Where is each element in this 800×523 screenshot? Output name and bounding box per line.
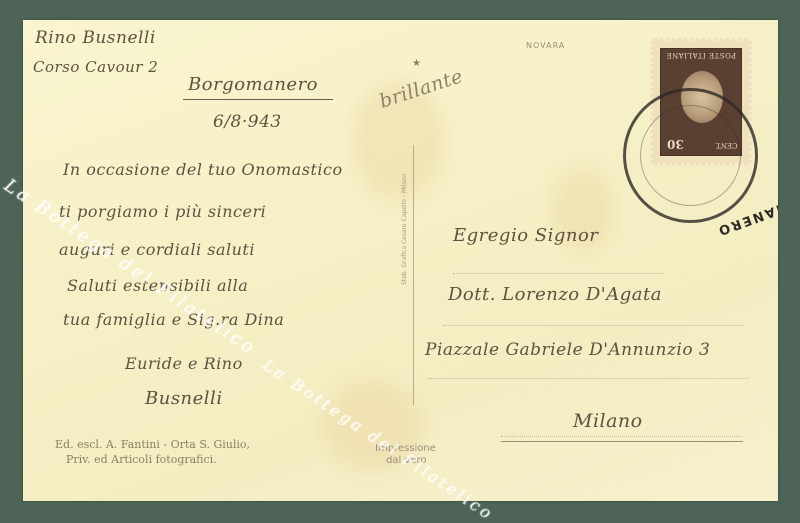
recipient-salutation: Egregio Signor bbox=[453, 225, 598, 246]
publisher-line-1: Ed. escl. A. Fantini - Orta S. Giulio, bbox=[55, 438, 250, 451]
message-line-2: ti porgiamo i più sinceri bbox=[59, 202, 266, 221]
postmark bbox=[623, 88, 758, 223]
message-line-1: In occasione del tuo Onomastico bbox=[63, 160, 343, 179]
stamp-issuer: POSTE ITALIANE bbox=[661, 51, 741, 59]
center-divider bbox=[413, 145, 414, 405]
message-signature: Busnelli bbox=[145, 388, 223, 409]
address-line bbox=[453, 273, 663, 274]
address-line bbox=[428, 378, 748, 379]
recipient-city: Milano bbox=[573, 410, 643, 432]
postmark-ring bbox=[640, 105, 741, 206]
address-line bbox=[501, 436, 741, 437]
sender-city: Borgomanero bbox=[188, 74, 318, 95]
recipient-name: Dott. Lorenzo D'Agata bbox=[448, 284, 662, 305]
address-line bbox=[443, 325, 743, 326]
sender-street: Corso Cavour 2 bbox=[33, 58, 158, 76]
star-icon: ★ bbox=[412, 58, 421, 69]
message-line-5: tua famiglia e Sig.ra Dina bbox=[63, 310, 284, 329]
address-underline bbox=[501, 441, 743, 442]
publisher-line-2: Priv. ed Articoli fotografici. bbox=[66, 453, 217, 466]
region-note: NOVARA bbox=[526, 41, 565, 50]
sender-date: 6/8·943 bbox=[213, 112, 282, 132]
sender-name: Rino Busnelli bbox=[35, 28, 156, 48]
printer-credit: Stab. Grafico Cesare Capello - Milano bbox=[401, 173, 408, 285]
recipient-street: Piazzale Gabriele D'Annunzio 3 bbox=[425, 340, 710, 360]
city-underline bbox=[183, 99, 333, 100]
message-closing: Euride e Rino bbox=[125, 354, 243, 373]
